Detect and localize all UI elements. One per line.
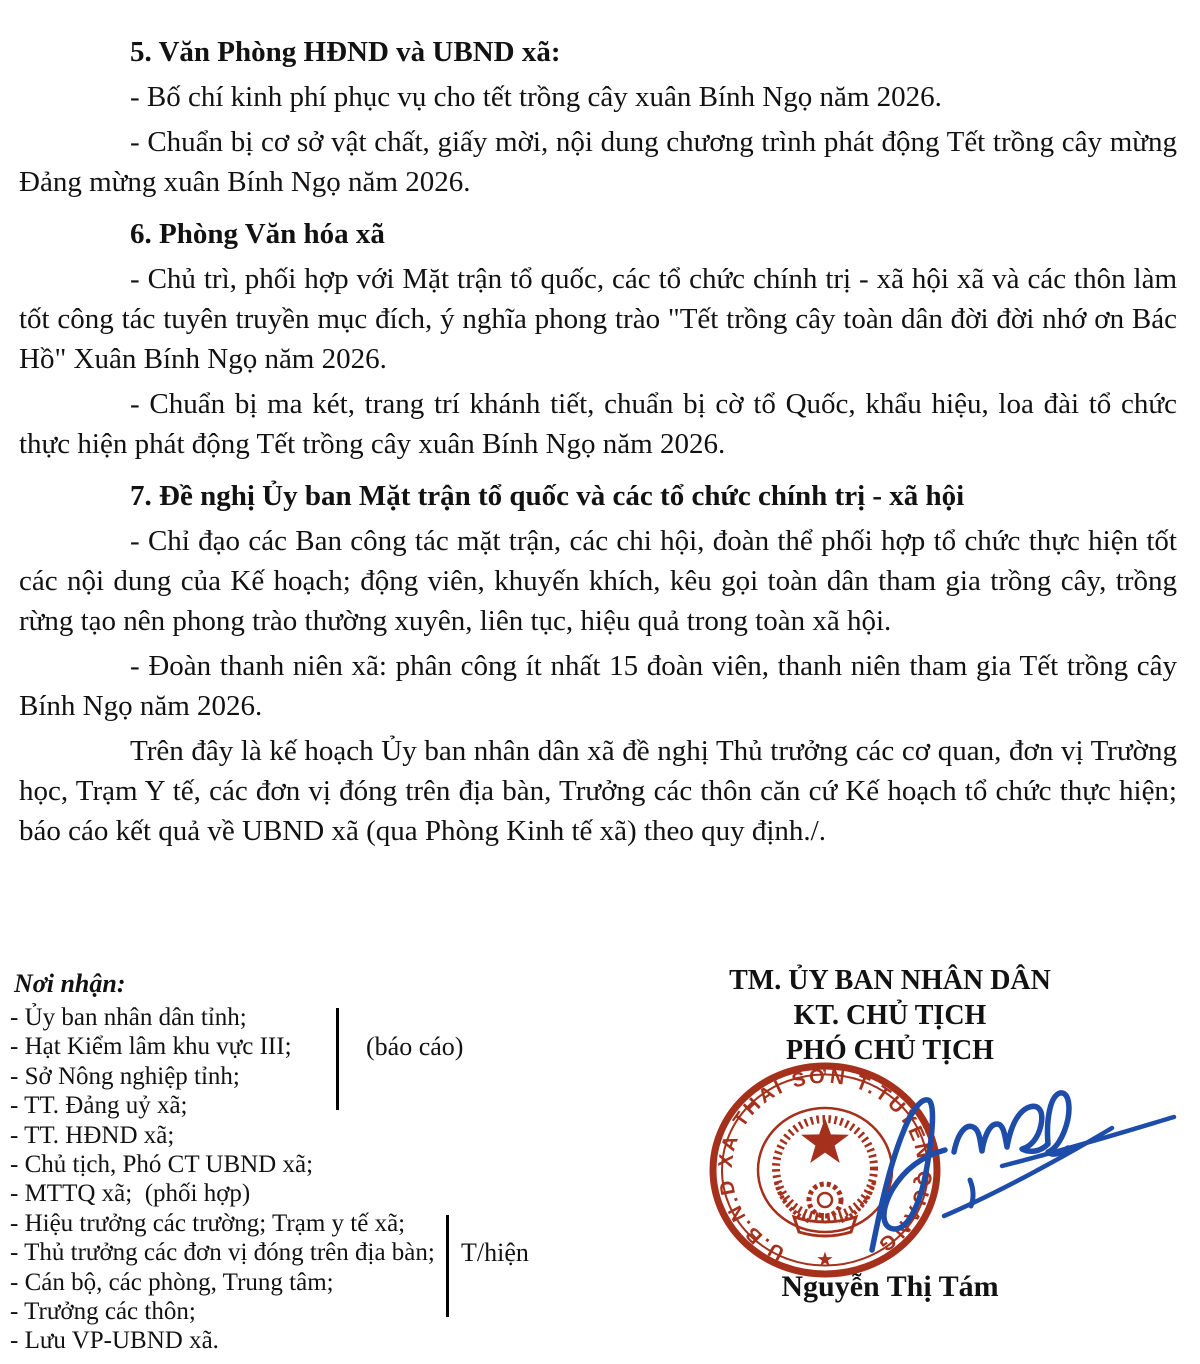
- recipient-item: - Lưu VP-UBND xã.: [10, 1326, 550, 1355]
- document-page: 5. Văn Phòng HĐND và UBND xã:- Bố chí ki…: [0, 0, 1200, 1364]
- recipient-item: - TT. Đảng uỷ xã;: [10, 1091, 550, 1120]
- document-line: - Bố chí kinh phí phục vụ cho tết trồng …: [19, 77, 1177, 117]
- recipient-item: - TT. HĐND xã;: [10, 1121, 550, 1150]
- handwritten-signature: [850, 1080, 1190, 1260]
- document-line: - Chủ trì, phối hợp với Mặt trận tổ quốc…: [19, 259, 1177, 379]
- seal-emblem-cog-icon: [809, 1184, 841, 1216]
- implement-note: T/hiện: [461, 1238, 529, 1268]
- document-line: 7. Đề nghị Ủy ban Mặt trận tổ quốc và cá…: [19, 476, 1177, 516]
- document-line: 6. Phòng Văn hóa xã: [19, 214, 1177, 254]
- implement-bracket-line: [446, 1215, 449, 1317]
- recipient-item: - Trưởng các thôn;: [10, 1297, 550, 1326]
- recipient-item: - Hiệu trưởng các trường; Trạm y tế xã;: [10, 1209, 550, 1238]
- signature-title-block: TM. ỦY BAN NHÂN DÂN KT. CHỦ TỊCH PHÓ CHỦ…: [700, 963, 1080, 1068]
- document-line: - Đoàn thanh niên xã: phân công ít nhất …: [19, 646, 1177, 726]
- recipient-item: - Cán bộ, các phòng, Trung tâm;: [10, 1268, 550, 1297]
- document-line: Trên đây là kế hoạch Ủy ban nhân dân xã …: [19, 731, 1177, 851]
- recipient-item: - Hạt Kiểm lâm khu vực III;: [10, 1032, 550, 1061]
- recipient-item: - Chủ tịch, Phó CT UBND xã;: [10, 1150, 550, 1179]
- signing-authority: TM. ỦY BAN NHÂN DÂN: [700, 963, 1080, 998]
- document-body: 5. Văn Phòng HĐND và UBND xã:- Bố chí ki…: [0, 0, 1200, 851]
- recipient-item: - MTTQ xã; (phối hợp): [10, 1179, 550, 1208]
- recipient-item: - Ủy ban nhân dân tỉnh;: [10, 1003, 550, 1032]
- document-line: - Chỉ đạo các Ban công tác mặt trận, các…: [19, 521, 1177, 641]
- document-line: - Chuẩn bị ma két, trang trí khánh tiết,…: [19, 384, 1177, 464]
- seal-bottom-star-icon: ★: [816, 1247, 834, 1271]
- signing-on-behalf: KT. CHỦ TỊCH: [700, 998, 1080, 1033]
- report-bracket-line: [336, 1008, 339, 1110]
- document-line: 5. Văn Phòng HĐND và UBND xã:: [19, 32, 1177, 72]
- recipient-item: - Sở Nông nghiệp tỉnh;: [10, 1062, 550, 1091]
- report-note: (báo cáo): [366, 1032, 463, 1062]
- recipients-list: - Ủy ban nhân dân tỉnh;- Hạt Kiểm lâm kh…: [10, 1003, 550, 1356]
- recipients-label: Nơi nhận:: [14, 969, 126, 999]
- document-line: - Chuẩn bị cơ sở vật chất, giấy mời, nội…: [19, 122, 1177, 202]
